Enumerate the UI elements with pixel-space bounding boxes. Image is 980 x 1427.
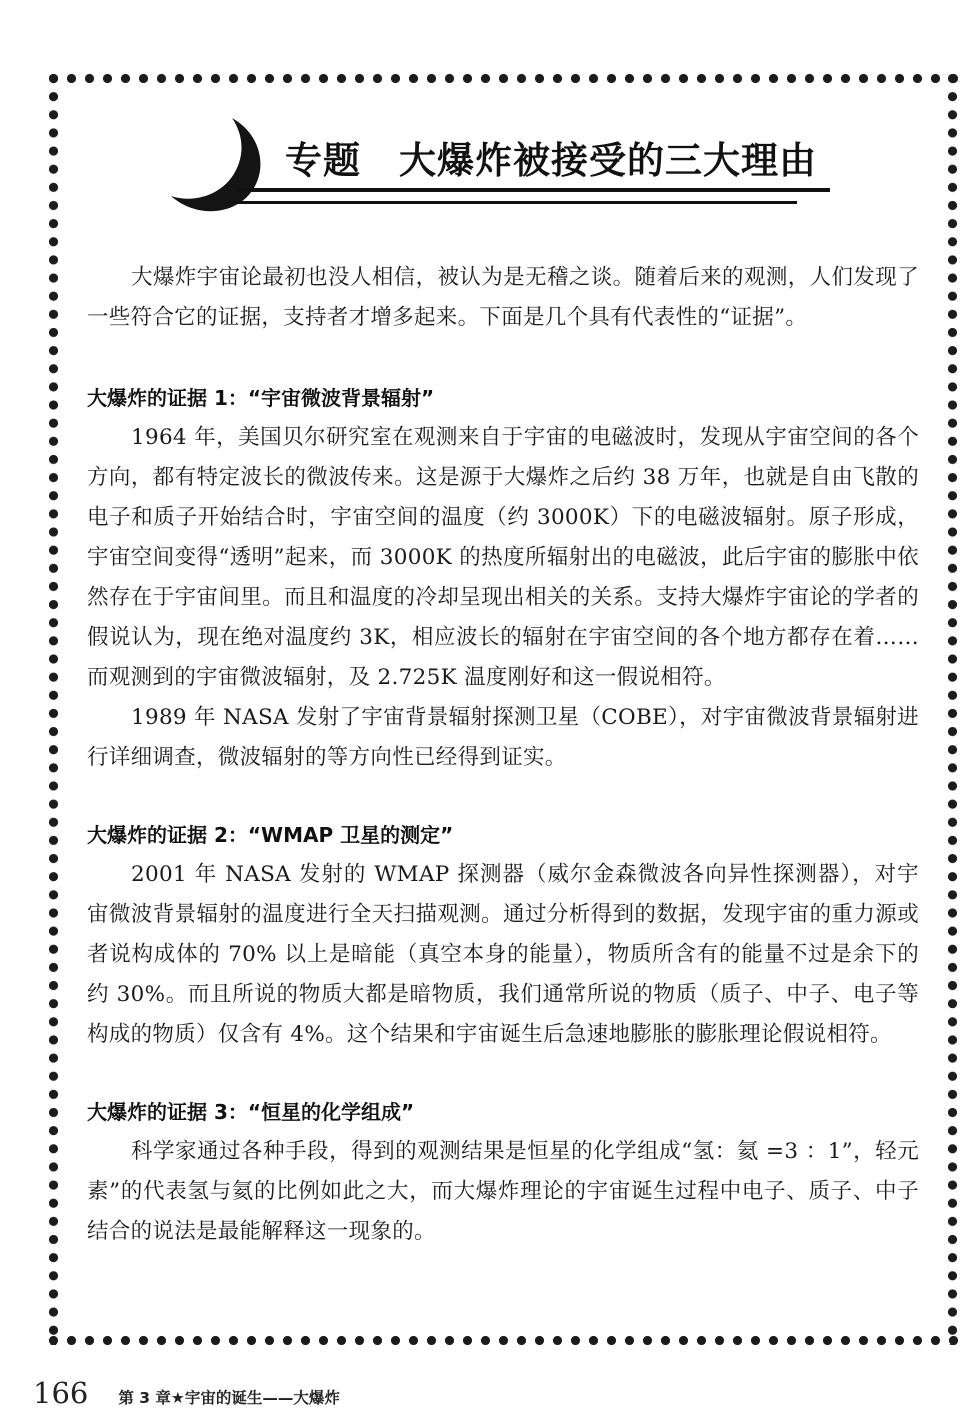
evidence-section-1: 大爆炸的证据 1：“宇宙微波背景辐射” 1964 年，美国贝尔研究室在观测来自于… [87,378,919,778]
title-main: 大爆炸被接受的三大理由 [399,139,817,182]
dotted-border-bottom [49,1336,958,1345]
section-heading: 大爆炸的证据 2：“WMAP 卫星的测定” [87,815,919,855]
section-heading: 大爆炸的证据 3：“恒星的化学组成” [87,1092,919,1132]
running-footer-chapter: 第 3 章★宇宙的诞生——大爆炸 [118,1386,339,1408]
section-heading: 大爆炸的证据 1：“宇宙微波背景辐射” [87,378,919,418]
body-paragraph: 科学家通过各种手段，得到的观测结果是恒星的化学组成“氢：氦 =3 ：1”，轻元素… [87,1132,919,1252]
dotted-border-right [948,74,957,1345]
evidence-section-3: 大爆炸的证据 3：“恒星的化学组成” 科学家通过各种手段，得到的观测结果是恒星的… [87,1092,919,1252]
title-prefix: 专题 [285,139,361,182]
title-underline-2 [227,201,797,204]
dotted-border-top [49,74,958,83]
intro-paragraph: 大爆炸宇宙论最初也没人相信，被认为是无稽之谈。随着后来的观测，人们发现了一些符合… [87,258,919,338]
page-footer: 166 第 3 章★宇宙的诞生——大爆炸 [33,1376,340,1410]
page-title: 专题大爆炸被接受的三大理由 [285,130,817,184]
article-body: 大爆炸宇宙论最初也没人相信，被认为是无稽之谈。随着后来的观测，人们发现了一些符合… [87,258,919,1252]
topic-header: 专题大爆炸被接受的三大理由 [165,110,845,220]
body-paragraph: 2001 年 NASA 发射的 WMAP 探测器（威尔金森微波各向异性探测器），… [87,855,919,1055]
dotted-border-left [49,74,58,1345]
body-paragraph: 1989 年 NASA 发射了宇宙背景辐射探测卫星（COBE），对宇宙微波背景辐… [87,698,919,778]
body-paragraph: 1964 年，美国贝尔研究室在观测来自于宇宙的电磁波时，发现从宇宙空间的各个方向… [87,418,919,698]
title-underline-1 [237,188,830,192]
page-number: 166 [33,1376,88,1410]
evidence-section-2: 大爆炸的证据 2：“WMAP 卫星的测定” 2001 年 NASA 发射的 WM… [87,815,919,1055]
